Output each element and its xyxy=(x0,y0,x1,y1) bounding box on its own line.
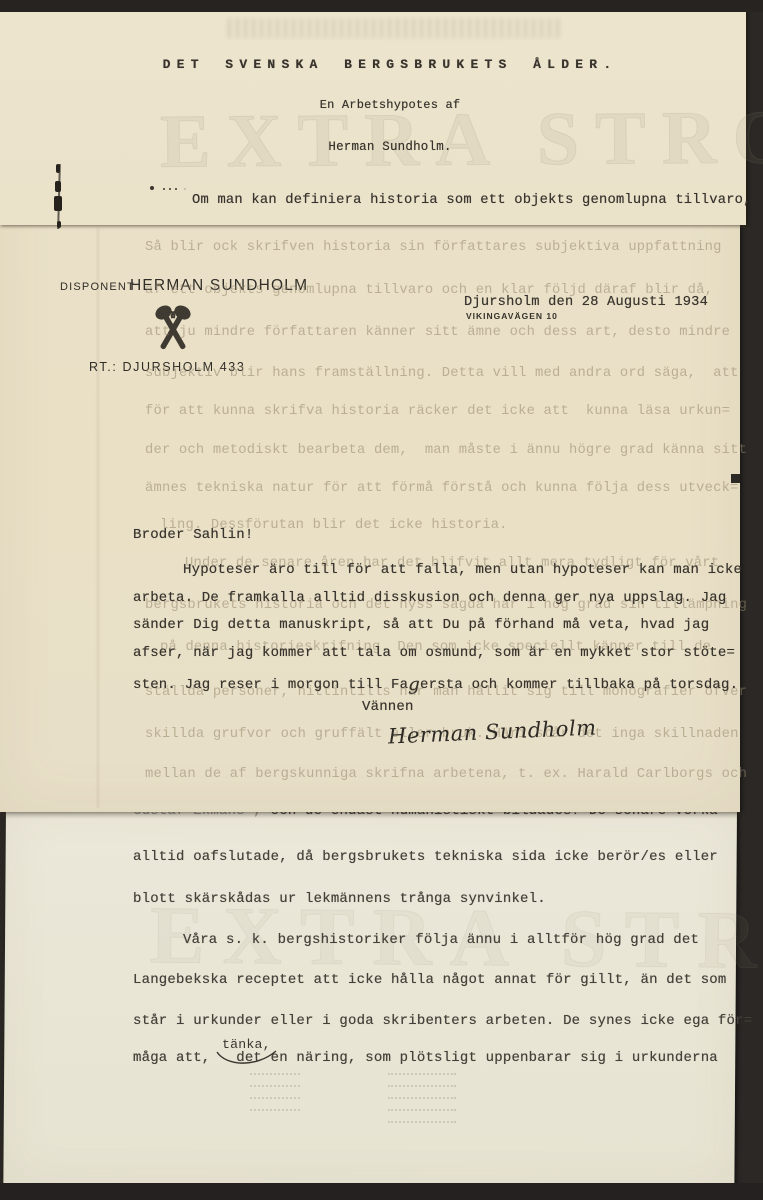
ghost-line: der och metodiskt bearbeta dem, man måst… xyxy=(145,443,747,458)
staple-mark xyxy=(55,181,61,192)
dotted-impression xyxy=(250,1085,300,1087)
page2-line: måga att, det en näring, som plötsligt u… xyxy=(133,1050,718,1066)
author-line: Herman Sundholm. xyxy=(20,140,760,154)
letter-line: arbeta. De framkalla alltid disskusion o… xyxy=(133,590,727,606)
ghost-line: mellan de af bergskunniga skrifna arbete… xyxy=(145,767,747,782)
ghost-line: för att kunna skrifva historia räcker de… xyxy=(145,404,730,419)
ghost-line: att ju mindre författaren känner sitt äm… xyxy=(145,325,730,340)
handwritten-g: g xyxy=(408,674,420,695)
subtitle-line: En Arbetshypotes af xyxy=(20,98,760,112)
page2-line: Våra s. k. bergshistoriker följa ännu i … xyxy=(183,932,699,948)
scanner-background-bottom xyxy=(0,1183,763,1200)
dotted-impression xyxy=(250,1097,300,1099)
staple-mark xyxy=(54,196,62,211)
letter-line: afser, när jag kommer att tala om osmund… xyxy=(133,645,735,661)
page2-line: alltid oafslutade, då bergsbrukets tekni… xyxy=(133,849,718,865)
letter-line: Hypoteser äro till för att falla, men ut… xyxy=(183,562,742,578)
dotted-impression xyxy=(388,1109,456,1111)
dotted-impression xyxy=(388,1121,456,1123)
scanner-background-top xyxy=(0,0,763,12)
closing: Vännen xyxy=(362,699,414,715)
dotted-impression xyxy=(250,1109,300,1111)
page2-line: står i urkunder eller i goda skribenters… xyxy=(133,1013,752,1029)
staple-mark xyxy=(57,221,61,228)
street-line: VIKINGAVÄGEN 10 xyxy=(466,311,558,321)
salutation: Broder Sahlin! xyxy=(133,527,253,543)
dotted-impression xyxy=(388,1097,456,1099)
ghost-line: ämnes tekniska natur för att förmå först… xyxy=(145,481,739,496)
title-line: DET SVENSKA BERGSBRUKETS ÅLDER. xyxy=(20,57,760,72)
letter-line: sten. Jag reser i morgon till Fagersta o… xyxy=(133,672,738,693)
scanner-smudge xyxy=(228,18,564,38)
ghost-line: subjektiv blir hans framställning. Detta… xyxy=(145,366,739,381)
dotted-impression xyxy=(388,1073,456,1075)
edge-ink-mark xyxy=(731,474,740,483)
letter-line: sänder Dig detta manuskript, så att Du p… xyxy=(133,617,709,633)
page2-line: blott skärskådas ur lekmännens trånga sy… xyxy=(133,891,546,907)
opening-line: Om man kan definiera historia som ett ob… xyxy=(192,193,752,208)
staple-mark xyxy=(56,164,60,173)
ink-dots xyxy=(150,186,154,190)
dotted-impression xyxy=(388,1085,456,1087)
scanned-letter-document: Gustaf Ekmans , och de endast humanistis… xyxy=(0,0,763,1200)
page2-line: Langebekska receptet att icke hålla någo… xyxy=(133,972,727,988)
sheet-edge-shadow xyxy=(0,812,740,819)
letterhead-role: DISPONENT xyxy=(60,281,135,293)
dotted-impression xyxy=(250,1073,300,1075)
paper-crease xyxy=(97,228,99,808)
ghost-line: Så blir ock skrifven historia sin förfat… xyxy=(145,240,722,255)
letter-line-part: ersta och kommer tillbaka på torsdag. xyxy=(420,677,738,693)
letter-line-part: sten. Jag reser i morgon till Fa xyxy=(133,677,408,693)
ghost-line: af ett objekts genomlupna tillvaro och e… xyxy=(145,283,713,298)
